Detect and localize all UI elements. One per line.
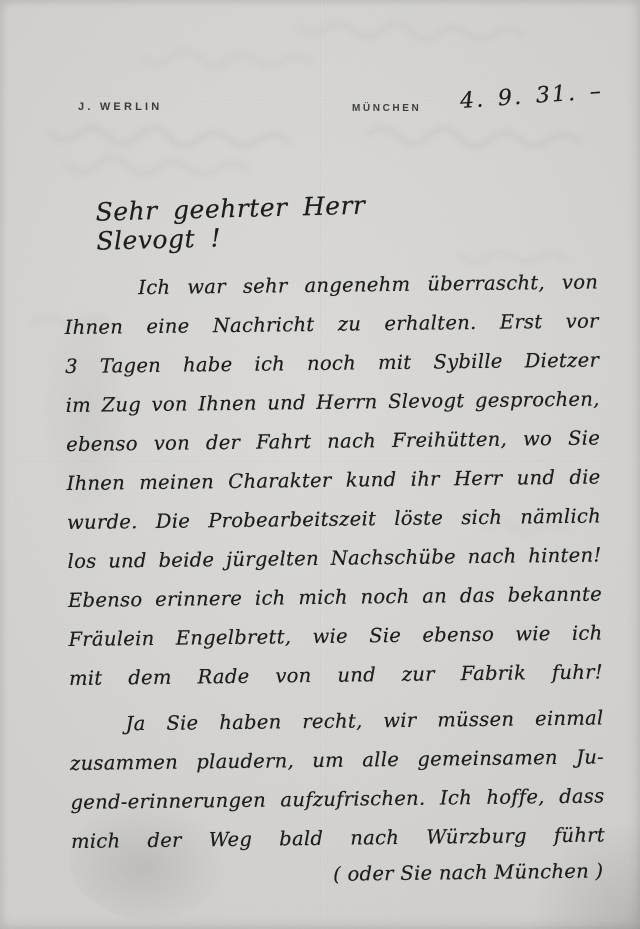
scanned-letter-page: J. WERLIN MÜNCHEN 4. 9. 31. – Sehr geehr… [0, 0, 640, 929]
handwriting-line: mit dem Rade von und zur Fabrik fuhr! [69, 652, 603, 698]
handwriting-line: zusammen plaudern, um alle gemeinsamen J… [70, 737, 604, 783]
letterhead-city: MÜNCHEN [352, 103, 421, 114]
handwriting-line: ebenso von der Fahrt nach Freihütten, wo… [66, 418, 600, 464]
handwriting-line: los und beide jürgelten Nachschübe nach … [67, 535, 601, 581]
handwriting-line: im Zug von Ihnen und Herrn Slevogt gespr… [65, 379, 599, 425]
handwriting-line: Ihnen eine Nachricht zu erhalten. Erst v… [64, 301, 598, 347]
handwritten-date: 4. 9. 31. – [459, 79, 603, 114]
handwriting-line: Fräulein Engelbrett, wie Sie ebenso wie … [68, 613, 602, 659]
handwriting-line: Ja Sie haben recht, wir müssen einmal [69, 698, 603, 744]
handwriting-line: wurde. Die Probearbeitszeit löste sich n… [67, 496, 601, 542]
handwriting-line: gend-erinnerungen aufzufrischen. Ich hof… [70, 776, 604, 822]
handwriting-line: mich der Weg bald nach Würzburg führt [71, 815, 605, 861]
closing-parenthetical-line: ( oder Sie nach München ) [71, 854, 605, 894]
handwriting-line: Ihnen meinen Charakter kund ihr Herr und… [66, 457, 600, 503]
handwriting-line: Ich war sehr angenehm überrascht, von [64, 262, 598, 308]
handwriting-line: 3 Tagen habe ich noch mit Sybille Dietze… [65, 340, 599, 386]
letterhead-sender-name: J. WERLIN [78, 101, 162, 113]
handwriting-line: Ebenso erinnere ich mich noch an das bek… [68, 574, 602, 620]
salutation-line: Sehr geehrter Herr Slevogt ! [95, 190, 376, 255]
paragraph-2: Ja Sie haben recht, wir müssen einmal zu… [69, 698, 605, 861]
letter-body: Ich war sehr angenehm überrascht, von Ih… [64, 262, 606, 893]
paragraph-1: Ich war sehr angenehm überrascht, von Ih… [64, 262, 603, 697]
